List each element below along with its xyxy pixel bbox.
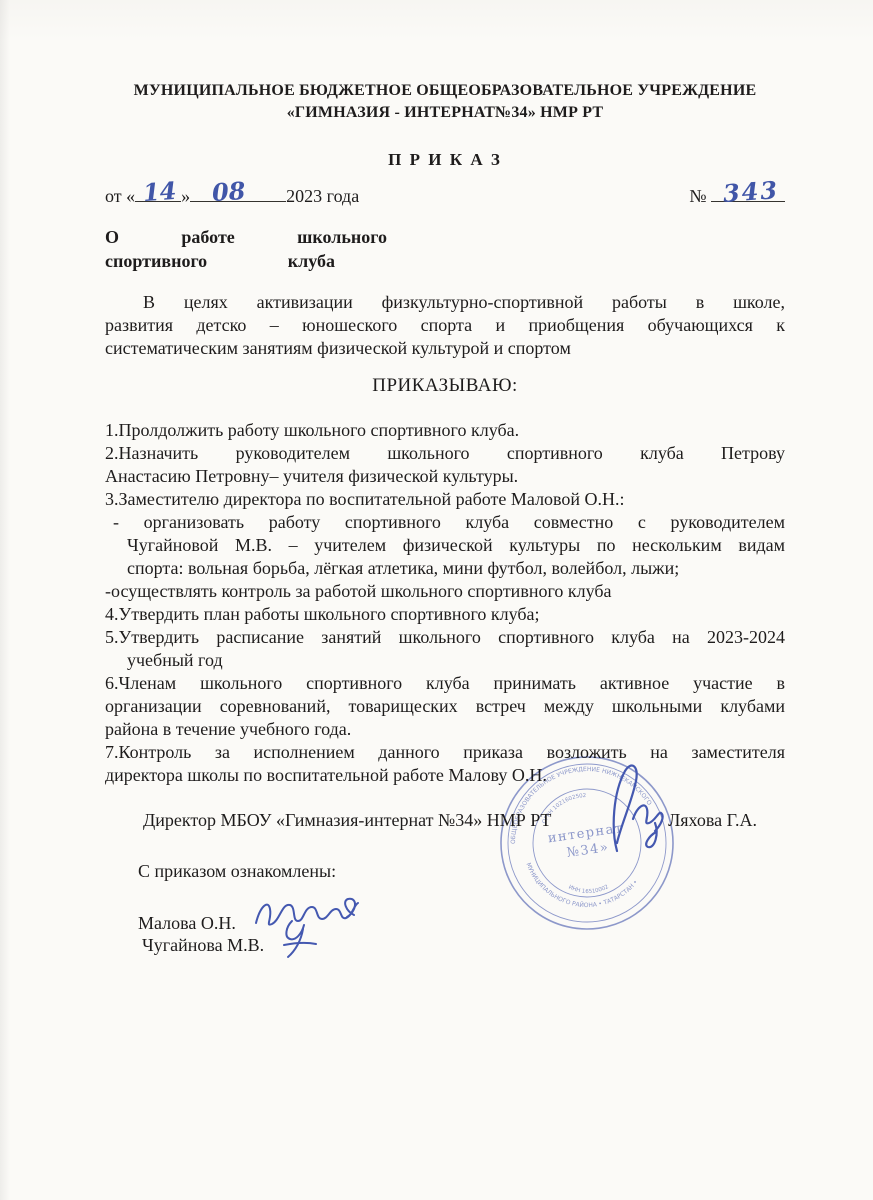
order-item-6-line3: района в течение учебного года. [105,718,785,741]
preamble-line: В целях активизации физкультурно-спортив… [105,291,785,314]
handwritten-month: 08 [211,179,246,205]
chugainova-signature-handwriting [276,917,324,961]
order-item-7-line1: 7.Контроль за исполнением данного приказ… [105,741,785,764]
ack-name-chugainova: Чугайнова М.В. [142,933,264,957]
preamble-line: развития детско – юношеского спорта и пр… [105,314,785,337]
organization-name-line2: «ГИМНАЗИЯ - ИНТЕРНАТ№34» НМР РТ [105,102,785,124]
date-close-quote: » [181,186,190,206]
order-item-3: 3.Заместителю директора по воспитательно… [105,488,785,511]
director-signature-handwriting [603,759,673,859]
signature-section: ОБЩЕОБРАЗОВАТЕЛЬНОЕ УЧРЕЖДЕНИЕ НИЖНЕКАМС… [105,809,785,931]
organization-name-line1: МУНИЦИПАЛЬНОЕ БЮДЖЕТНОЕ ОБЩЕОБРАЗОВАТЕЛЬ… [105,80,785,102]
order-item-6-line1: 6.Членам школьного спортивного клуба при… [105,672,785,695]
handwritten-order-number: 343 [722,178,780,206]
order-item-2-line1: 2.Назначить руководителем школьного спор… [105,442,785,465]
number-sign: № [689,186,706,206]
subject-word: школьного [297,225,387,249]
handwritten-day: 14 [142,179,177,205]
order-item-1: 1.Пролдолжить работу школьного спортивно… [105,419,785,442]
order-item-6-line2: организации соревнований, товарищеских в… [105,695,785,718]
resolution-heading: ПРИКАЗЫВАЮ: [105,374,785,398]
order-number-blank: 343 [711,187,785,202]
preamble-line: систематическим занятиям физической куль… [105,337,785,360]
order-item-2-line2: Анастасию Петровну– учителя физической к… [105,465,785,488]
order-item-5-line2: учебный год [105,649,785,672]
subject-word: работе [181,225,234,249]
director-name: Ляхова Г.А. [668,809,757,832]
date-and-number-row: от «14»082023 года № 343 [105,185,785,208]
order-subitem-dash1-line1: - организовать работу спортивного клуба … [105,511,785,534]
date-line: от «14»082023 года [105,185,359,208]
acknowledgement-row-chugainova: Чугайнова М.В. [105,907,785,931]
scanned-order-document: МУНИЦИПАЛЬНОЕ БЮДЖЕТНОЕ ОБЩЕОБРАЗОВАТЕЛЬ… [0,0,873,1200]
subject-line2: спортивного клуба [105,249,335,273]
preamble-paragraph: В целях активизации физкультурно-спортив… [105,291,785,360]
date-prefix: от « [105,186,135,206]
subject-word: клуба [288,249,335,273]
organization-header: МУНИЦИПАЛЬНОЕ БЮДЖЕТНОЕ ОБЩЕОБРАЗОВАТЕЛЬ… [105,80,785,124]
subject-word: спортивного [105,249,207,273]
director-title: Директор МБОУ «Гимназия-интернат №34» НМ… [143,809,551,832]
subject-line1: О работе школьного [105,225,387,249]
order-item-4: 4.Утвердить план работы школьного спорти… [105,603,785,626]
order-item-5-line1: 5.Утвердить расписание занятий школьного… [105,626,785,649]
order-subitem-dash2: -осуществлять контроль за работой школьн… [105,580,785,603]
date-day-blank: 14 [135,187,181,202]
date-year: 2023 года [286,186,359,206]
acknowledgement-row-malova: Малова О.Н. [105,883,785,907]
order-subject: О работе школьного спортивного клуба [105,225,785,273]
order-subitem-dash1-line3: спорта: вольная борьба, лёгкая атлетика,… [105,557,785,580]
document-content: МУНИЦИПАЛЬНОЕ БЮДЖЕТНОЕ ОБЩЕОБРАЗОВАТЕЛЬ… [105,80,785,931]
order-item-7-line2: директора школы по воспитательной работе… [105,764,785,787]
director-signature-row: Директор МБОУ «Гимназия-интернат №34» НМ… [105,809,785,832]
acknowledgement-heading: С приказом ознакомлены: [105,859,785,883]
order-subitem-dash1-line2: Чугайновой М.В. – учителем физической ку… [105,534,785,557]
order-items-list: 1.Пролдолжить работу школьного спортивно… [105,419,785,787]
date-month-blank: 08 [190,187,286,202]
subject-word: О [105,225,119,249]
document-type-title: П Р И К А З [105,148,785,172]
order-number-line: № 343 [689,185,785,208]
